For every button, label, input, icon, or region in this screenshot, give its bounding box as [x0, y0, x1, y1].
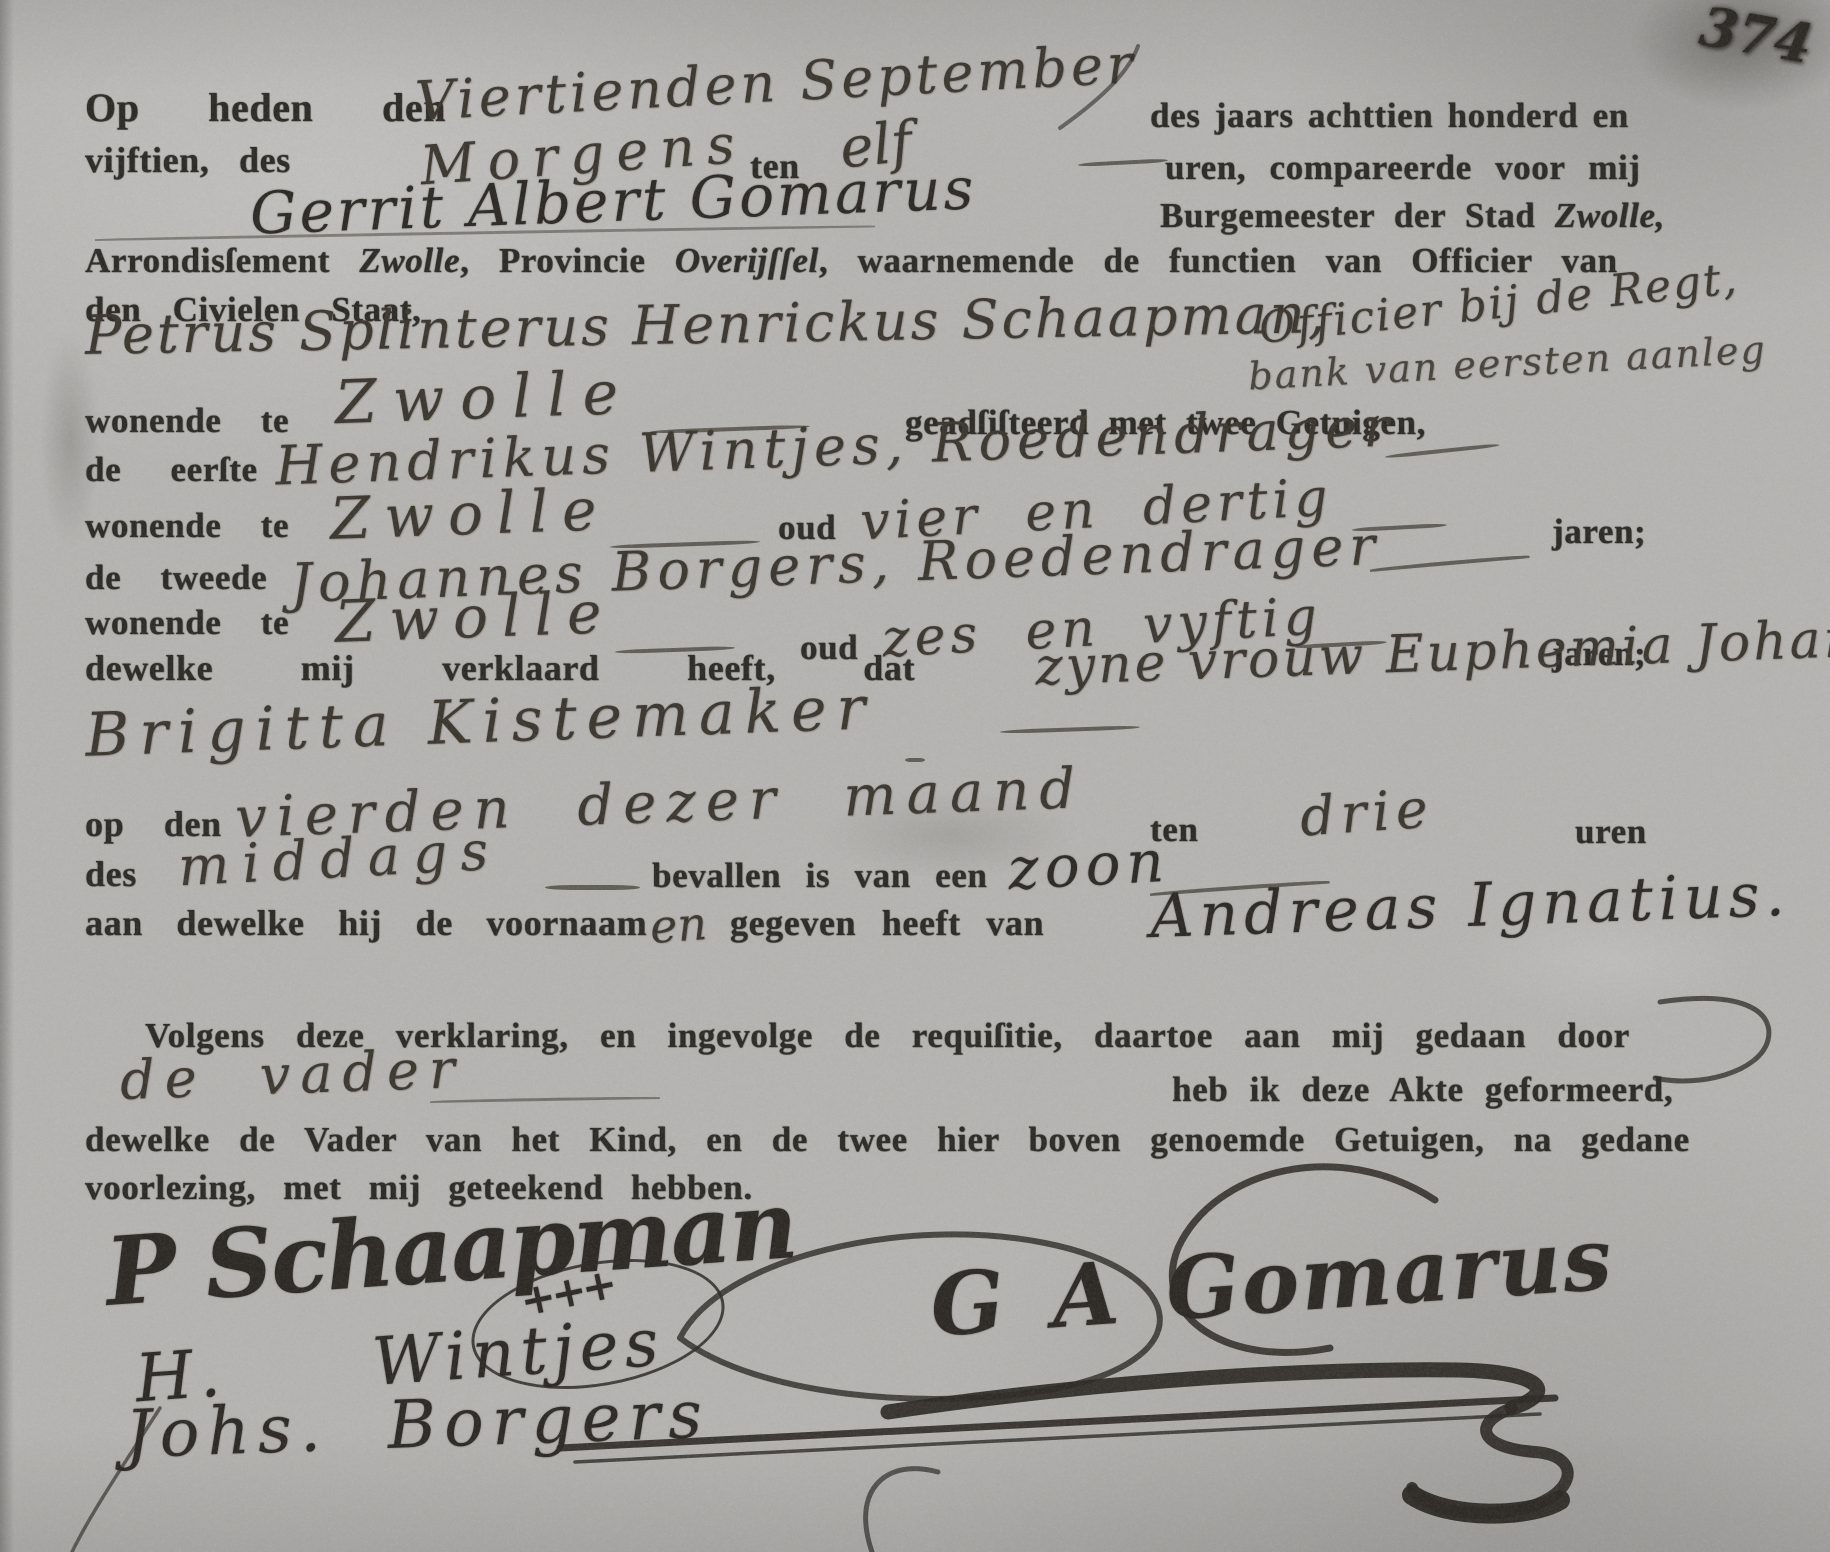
printed-burgemeester-text: Burgemeester der Stad: [1160, 196, 1555, 235]
printed-akte-geformeerd: heb ik deze Akte geformeerd,: [1172, 1072, 1673, 1107]
printed-voornaam-pre: aan dewelke hij de voornaam: [85, 905, 647, 941]
filler-dash: [1370, 554, 1530, 572]
printed-vijftien-des: vijftien, des: [85, 142, 291, 178]
handwritten-birth-hour: drie: [1298, 781, 1435, 844]
printed-zwolle-italic: Zwolle: [359, 241, 460, 280]
folio-number: 374: [1696, 0, 1816, 71]
printed-des: des: [85, 856, 137, 892]
printed-de-eerste: de eerſte: [85, 452, 258, 487]
filler-dash: [545, 885, 640, 890]
filler-dash: [1385, 443, 1500, 459]
printed-wonende-te-2: wonende te: [85, 508, 289, 543]
handwritten-requirant: de vader: [119, 1042, 465, 1108]
printed-overijssel-italic: Overijſſel: [675, 241, 819, 280]
filler-dash: [1000, 725, 1140, 733]
printed-uren-compareerde: uren, compareerde voor mij: [1165, 150, 1641, 185]
signature-witness2: Johs. Borgers: [124, 1382, 711, 1468]
printed-provincie: , Provincie: [460, 241, 675, 280]
printed-burgemeester: Burgemeester der Stad Zwolle,: [1160, 198, 1665, 233]
printed-wonende-te-3: wonende te: [85, 605, 289, 640]
handwritten-child-sex: zoon: [1007, 832, 1172, 898]
handwritten-child-name: Andreas Ignatius.: [1149, 865, 1791, 947]
handwritten-voornaam-en: en: [648, 900, 708, 950]
handwritten-birth-daypart: middags: [177, 824, 502, 895]
printed-jaar: des jaars achttien honderd en: [1150, 98, 1629, 133]
printed-de-tweede: de tweede: [85, 560, 267, 595]
printed-waarnemende: , waarnemende de functien van Officier v…: [819, 241, 1618, 280]
printed-jaren-1: jaren;: [1552, 514, 1646, 549]
printed-bevallen: bevallen is van een: [652, 858, 987, 893]
birth-record-scan: 374 Op heden den Viertienden September d…: [0, 0, 1830, 1552]
printed-arrondissement: Arrondisſement: [85, 241, 359, 280]
handwritten-residence-witness2: Zwolle: [334, 583, 616, 651]
signature-official: G A Gomarus: [928, 1216, 1616, 1349]
printed-uren-2: uren: [1575, 814, 1647, 849]
handwritten-date: Viertienden September: [414, 37, 1138, 129]
printed-op-heden-den: Op heden den: [85, 88, 446, 128]
printed-voornaam-post: gegeven heeft van: [730, 905, 1044, 941]
printed-arrondissement-line: Arrondisſement Zwolle, Provincie Overijſ…: [85, 243, 1618, 278]
printed-stad-zwolle: Zwolle,: [1555, 196, 1665, 235]
filler-dash: [1078, 158, 1168, 166]
handwritten-residence-witness1: Zwolle: [329, 480, 611, 548]
handwritten-mother-name-2: Brigitta Kistemaker: [84, 678, 876, 766]
printed-dewelke-vader: dewelke de Vader van het Kind, en de twe…: [85, 1122, 1690, 1157]
printed-wonende-te-1: wonende te: [85, 403, 289, 438]
